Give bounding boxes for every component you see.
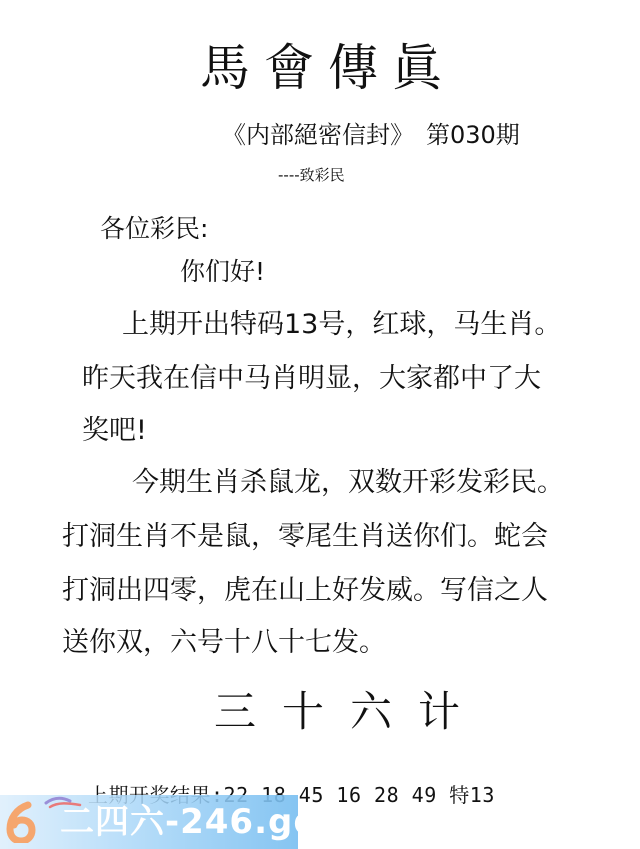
special-number: 13 — [470, 783, 495, 807]
dedication: ----致彩民 — [278, 164, 345, 186]
letter-line: 今期生肖杀鼠龙，双数开彩发彩民。 — [132, 466, 564, 500]
salutation: 各位彩民: — [100, 212, 208, 246]
letter-line: 送你双，六号十八十七发。 — [62, 626, 386, 660]
stratagem-heading: 三十六计 — [214, 684, 486, 740]
greeting: 你们好! — [180, 255, 265, 289]
letter-line: 打洞生肖不是鼠，零尾生肖送你们。蛇会 — [62, 520, 548, 554]
watermark-text: 二四六-246.gd — [60, 801, 319, 843]
six-logo-icon — [6, 801, 36, 843]
subtitle-label: 《内部絕密信封》 — [222, 121, 414, 149]
subtitle: 《内部絕密信封》第030期 — [222, 118, 520, 152]
special-label: 特 — [449, 783, 470, 807]
letter-line: 昨天我在信中马肖明显，大家都中了大 — [82, 362, 541, 396]
letter-line: 奖吧! — [82, 414, 147, 448]
issue-number: 第030期 — [426, 121, 520, 149]
letter-line: 上期开出特码13号，红球，马生肖。 — [122, 308, 561, 342]
site-watermark: 二四六-246.gd — [0, 795, 298, 849]
document-title: 馬會傳眞 — [200, 38, 456, 98]
letter-line: 打洞出四零，虎在山上好发威。写信之人 — [62, 574, 548, 608]
